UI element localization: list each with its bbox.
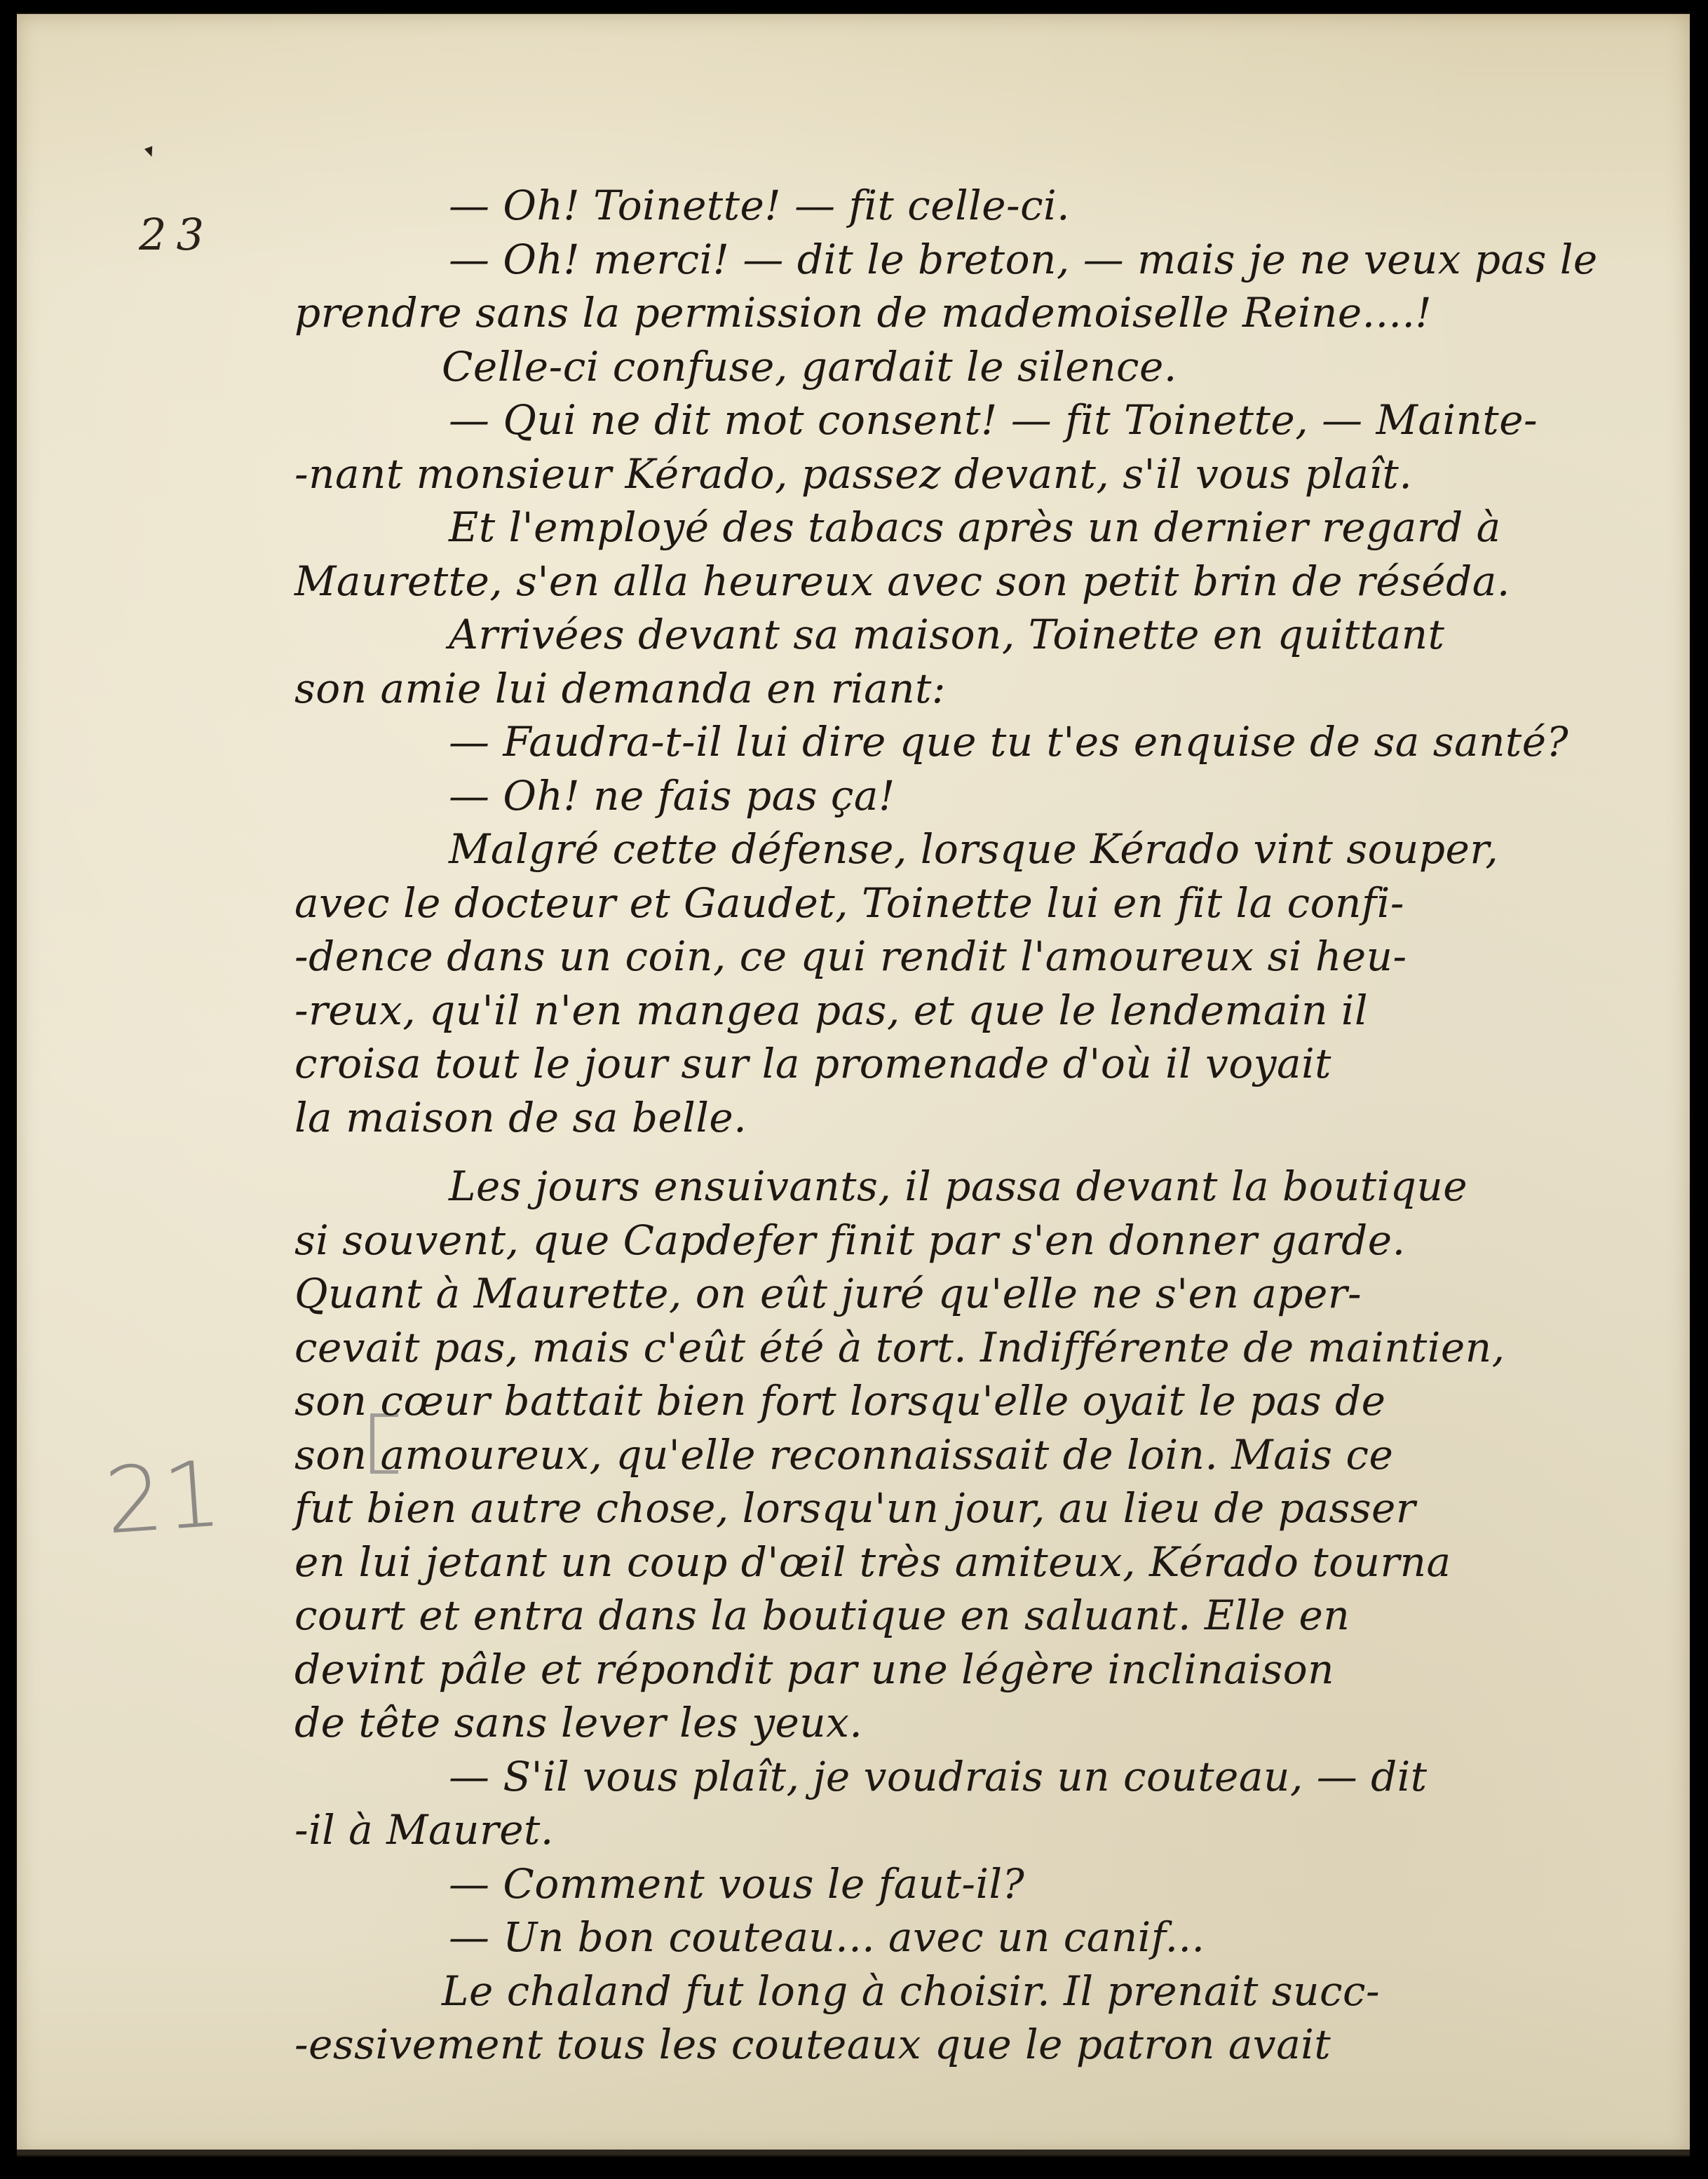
text-line: son amoureux, qu'elle reconnaissait de l… — [294, 1428, 1655, 1482]
text-line: Et l'employé des tabacs après un dernier… — [294, 501, 1655, 555]
line-text: Maurette, s'en alla heureux avec son pet… — [294, 555, 1510, 608]
text-line: prendre sans la permission de mademoisel… — [294, 286, 1655, 340]
text-line: — Qui ne dit mot consent! — fit Toinette… — [294, 393, 1655, 447]
text-line: — Un bon couteau... avec un canif... — [294, 1910, 1655, 1964]
text-line: court et entra dans la boutique en salua… — [294, 1589, 1655, 1643]
line-text: — S'il vous plaît, je voudrais un coutea… — [449, 1750, 1428, 1803]
line-text: la maison de sa belle. — [294, 1091, 747, 1144]
page-bottom-edge — [17, 2150, 1690, 2157]
line-text: -reux, qu'il n'en mangea pas, et que le … — [294, 984, 1368, 1037]
line-text: — Oh! ne fais pas ça! — [449, 769, 895, 822]
line-text: Quant à Maurette, on eût juré qu'elle ne… — [294, 1267, 1362, 1320]
text-line: — Oh! merci! — dit le breton, — mais je … — [294, 233, 1655, 287]
line-text: — Faudra-t-il lui dire que tu t'es enqui… — [449, 715, 1568, 768]
line-text: — Comment vous le faut-il? — [449, 1857, 1024, 1910]
text-line: -il à Mauret. — [294, 1803, 1655, 1857]
text-line: -reux, qu'il n'en mangea pas, et que le … — [294, 984, 1655, 1038]
line-text: -il à Mauret. — [294, 1803, 554, 1856]
text-line: de tête sans lever les yeux. — [294, 1696, 1655, 1750]
text-line: -nant monsieur Kérado, passez devant, s'… — [294, 447, 1655, 501]
text-line: — Faudra-t-il lui dire que tu t'es enqui… — [294, 715, 1655, 769]
line-text: si souvent, que Capdefer finit par s'en … — [294, 1214, 1406, 1267]
line-text: Le chaland fut long à choisir. Il prenai… — [442, 1964, 1380, 2018]
line-text: son amoureux, qu'elle reconnaissait de l… — [294, 1428, 1393, 1481]
line-text: — Un bon couteau... avec un canif... — [449, 1910, 1205, 1964]
text-line: son cœur battait bien fort lorsqu'elle o… — [294, 1374, 1655, 1428]
line-text: Et l'employé des tabacs après un dernier… — [449, 501, 1501, 554]
text-line: — Oh! Toinette! — fit celle-ci. — [294, 179, 1655, 233]
text-line: -dence dans un coin, ce qui rendit l'amo… — [294, 930, 1655, 984]
line-text: croisa tout le jour sur la promenade d'o… — [294, 1037, 1331, 1090]
manuscript-text: — Oh! Toinette! — fit celle-ci. — Oh! me… — [294, 179, 1655, 2072]
text-line: avec le docteur et Gaudet, Toinette lui … — [294, 876, 1655, 930]
text-line: la maison de sa belle. — [294, 1091, 1655, 1145]
folio-number-pencil: 21 — [102, 1440, 225, 1554]
text-line: Quant à Maurette, on eût juré qu'elle ne… — [294, 1267, 1655, 1321]
text-line: Celle-ci confuse, gardait le silence. — [294, 340, 1655, 394]
line-text: en lui jetant un coup d'œil très amiteux… — [294, 1535, 1451, 1589]
line-text: son cœur battait bien fort lorsqu'elle o… — [294, 1374, 1385, 1427]
text-line: Arrivées devant sa maison, Toinette en q… — [294, 608, 1655, 662]
line-text: avec le docteur et Gaudet, Toinette lui … — [294, 876, 1404, 930]
line-text: devint pâle et répondit par une légère i… — [294, 1643, 1334, 1696]
line-text: Celle-ci confuse, gardait le silence. — [442, 340, 1177, 393]
line-text: — Qui ne dit mot consent! — fit Toinette… — [449, 393, 1538, 447]
line-text: court et entra dans la boutique en salua… — [294, 1589, 1350, 1642]
text-line: — S'il vous plaît, je voudrais un coutea… — [294, 1750, 1655, 1804]
text-line: cevait pas, mais c'eût été à tort. Indif… — [294, 1321, 1655, 1375]
text-line: son amie lui demanda en riant: — [294, 662, 1655, 716]
text-line: — Comment vous le faut-il? — [294, 1857, 1655, 1911]
folio-number-ink: 23 — [139, 209, 214, 260]
line-text: -essivement tous les couteaux que le pat… — [294, 2018, 1331, 2071]
line-text: Malgré cette défense, lorsque Kérado vin… — [449, 822, 1498, 876]
line-text: -dence dans un coin, ce qui rendit l'amo… — [294, 930, 1407, 983]
line-text: — Oh! merci! — dit le breton, — mais je … — [449, 233, 1598, 286]
text-line: — Oh! ne fais pas ça! — [294, 769, 1655, 823]
text-line: fut bien autre chose, lorsqu'un jour, au… — [294, 1481, 1655, 1535]
text-line: en lui jetant un coup d'œil très amiteux… — [294, 1535, 1655, 1589]
text-line: Les jours ensuivants, il passa devant la… — [294, 1160, 1655, 1214]
text-line: Maurette, s'en alla heureux avec son pet… — [294, 555, 1655, 609]
text-line: Le chaland fut long à choisir. Il prenai… — [294, 1964, 1655, 2018]
line-text: cevait pas, mais c'eût été à tort. Indif… — [294, 1321, 1505, 1374]
line-text: — Oh! Toinette! — fit celle-ci. — [449, 179, 1070, 232]
text-line: Malgré cette défense, lorsque Kérado vin… — [294, 822, 1655, 876]
line-text: -nant monsieur Kérado, passez devant, s'… — [294, 447, 1412, 501]
text-line: croisa tout le jour sur la promenade d'o… — [294, 1037, 1655, 1091]
line-text: Les jours ensuivants, il passa devant la… — [449, 1160, 1468, 1213]
text-line: devint pâle et répondit par une légère i… — [294, 1643, 1655, 1697]
text-line: -essivement tous les couteaux que le pat… — [294, 2018, 1655, 2072]
line-text: son amie lui demanda en riant: — [294, 662, 946, 715]
line-text: de tête sans lever les yeux. — [294, 1696, 862, 1749]
text-line: si souvent, que Capdefer finit par s'en … — [294, 1214, 1655, 1268]
line-text: prendre sans la permission de mademoisel… — [294, 286, 1432, 339]
line-text: Arrivées devant sa maison, Toinette en q… — [449, 608, 1444, 661]
line-text: fut bien autre chose, lorsqu'un jour, au… — [294, 1481, 1416, 1535]
